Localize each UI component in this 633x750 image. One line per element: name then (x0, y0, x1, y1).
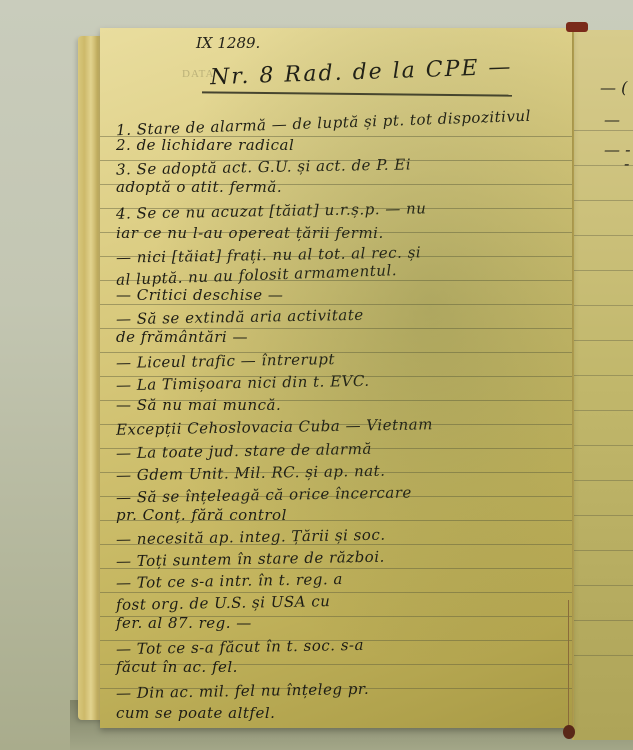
ruled-line (574, 305, 633, 306)
ruled-line (574, 655, 633, 656)
handwritten-line: adoptă o atit. fermă. (116, 178, 282, 196)
ruled-line (574, 130, 633, 131)
handwritten-line: — Să nu mai muncă. (116, 396, 281, 414)
ruled-line (574, 445, 633, 446)
handwritten-line: făcut în ac. fel. (116, 658, 238, 676)
handwritten-line: iar ce nu l-au opereat țării fermi. (116, 224, 384, 242)
page-title: Nr. 8 Rad. de la CPE — (210, 55, 513, 91)
handwritten-line: — Să se extindă aria activitate (116, 306, 364, 328)
bookmark-thread (568, 600, 569, 725)
right-page-mark: - (624, 154, 629, 173)
handwritten-line: — Toți suntem în stare de război. (116, 548, 385, 571)
right-page-mark: — (604, 110, 620, 129)
handwritten-line: pr. Conț. fără control (116, 506, 287, 524)
handwritten-line: — La toate jud. stare de alarmă (116, 440, 372, 462)
bookmark-ribbon-end (563, 725, 575, 739)
ruled-line (574, 410, 633, 411)
ruled-line (574, 340, 633, 341)
ruled-line (574, 480, 633, 481)
handwritten-line: — Gdem Unit. Mil. RC. și ap. nat. (116, 462, 386, 485)
right-page: — ( — — - - (572, 30, 633, 740)
ruled-line (574, 585, 633, 586)
handwritten-line: de frământări — (116, 328, 248, 346)
handwritten-line: 1. Stare de alarmă — de luptă și pt. tot… (116, 107, 531, 139)
ruled-line (574, 235, 633, 236)
notebook-page: DATA IX 1289. Nr. 8 Rad. de la CPE — 1. … (100, 28, 572, 728)
handwritten-line: — Tot ce s-a făcut în t. soc. s-a (116, 636, 364, 658)
ruled-line (574, 550, 633, 551)
ruled-line (574, 375, 633, 376)
ruled-line (574, 620, 633, 621)
handwritten-line: Excepții Cehoslovacia Cuba — Vietnam (116, 415, 433, 439)
ruled-line (574, 200, 633, 201)
bookmark-ribbon-top (566, 22, 588, 32)
reference-number: IX 1289. (196, 34, 260, 52)
handwritten-line: 2. de lichidare radical (116, 136, 294, 154)
handwritten-line: — Tot ce s-a intr. în t. reg. a (116, 570, 343, 592)
ruled-line (574, 270, 633, 271)
handwritten-line: — Critici deschise — (116, 286, 283, 304)
ruled-line (100, 592, 572, 593)
handwritten-line: 3. Se adoptă act. G.U. și act. de P. Ei (116, 155, 411, 178)
handwritten-line: — Liceul trafic — întrerupt (116, 350, 335, 372)
handwritten-line: 4. Se ce nu acuzat [tăiat] u.r.ș.p. — nu (116, 199, 427, 222)
right-page-mark: — ( (600, 78, 627, 97)
handwritten-line: fost org. de U.S. și USA cu (116, 592, 331, 614)
title-underline (202, 91, 512, 96)
handwritten-line: — Din ac. mil. fel nu înțeleg pr. (116, 680, 369, 702)
handwritten-line: — Să se înțeleagă că orice încercare (116, 483, 412, 506)
ruled-line (100, 304, 572, 305)
ruled-line (574, 515, 633, 516)
handwritten-line: fer. al 87. reg. — (116, 614, 252, 632)
handwritten-line: cum se poate altfel. (116, 704, 275, 722)
handwritten-line: — La Timișoara nici din t. EVC. (116, 372, 370, 394)
